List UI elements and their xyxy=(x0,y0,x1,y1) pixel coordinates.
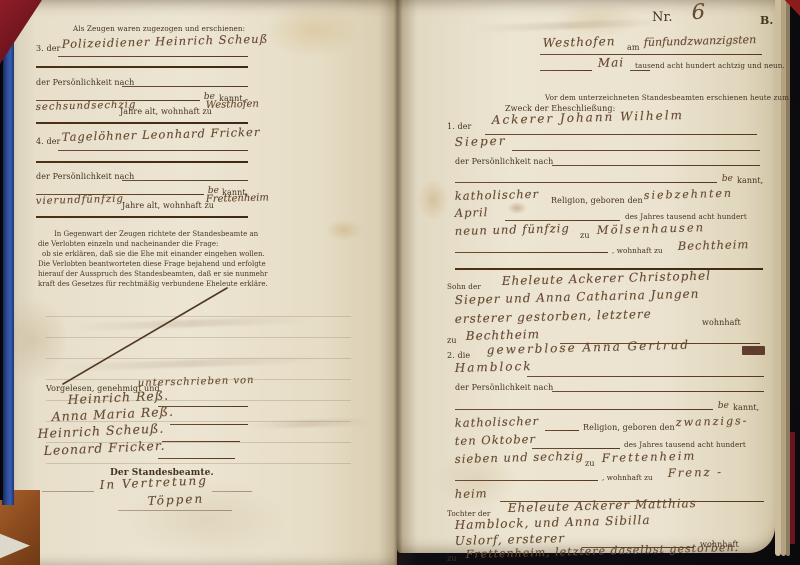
groom-religion-handwritten: katholischer xyxy=(455,187,540,203)
groom-parents-handwritten: Sieper und Anna Catharina Jungen xyxy=(455,287,700,307)
form-rule xyxy=(455,409,713,410)
record-day-handwritten: fünfundzwanzigsten xyxy=(644,33,757,49)
persona-label: der Persönlichkeit nach xyxy=(455,157,553,166)
bride-religion-handwritten: katholischer xyxy=(455,414,540,430)
form-rule xyxy=(552,391,764,392)
wohnhaft-zu-label: , wohnhaft zu xyxy=(602,473,653,482)
religion-label: Religion, geboren den xyxy=(583,423,675,432)
groom-parents-handwritten: ersterer gestorben, letztere xyxy=(455,307,652,326)
page-letter: B. xyxy=(760,14,773,27)
wohnhaft-label: wohnhaft xyxy=(702,318,741,327)
record-month-handwritten: Mai xyxy=(598,55,625,70)
zu-label: zu xyxy=(580,231,590,240)
nr-label: Nr. xyxy=(652,10,673,25)
zu-label: zu xyxy=(447,336,457,345)
bride-birthyear-handwritten: sieben und sechzig xyxy=(455,449,584,466)
kannt-label: kannt, xyxy=(733,403,759,412)
form-rule xyxy=(552,165,760,166)
bride-residence-handwritten: heim xyxy=(455,486,488,501)
ink-bleedthrough xyxy=(470,19,670,33)
zu-label: zu xyxy=(585,459,595,468)
form-rule xyxy=(485,134,757,135)
intro-line: Vor dem unterzeichneten Standesbeamten e… xyxy=(545,93,789,102)
kannt-label: kannt, xyxy=(737,176,763,185)
record-place-handwritten: Westhofen xyxy=(543,34,616,50)
register-book-photo: Als Zeugen waren zugezogen und erschiene… xyxy=(0,0,800,565)
groom-birthday-handwritten: siebzehnten xyxy=(644,187,734,202)
bride-birthmonth-handwritten: ten Oktober xyxy=(455,432,536,448)
be-handwritten: be xyxy=(722,174,733,184)
groom-birthplace-handwritten: Mölsenhausen xyxy=(597,220,706,237)
form-rule xyxy=(455,268,763,270)
form-rule xyxy=(527,376,764,377)
form-rule xyxy=(455,480,598,481)
be-handwritten: be xyxy=(718,401,729,411)
bride-birthplace-handwritten: Frettenheim xyxy=(602,449,697,465)
form-rule xyxy=(540,54,762,55)
religion-label: Religion, geboren den xyxy=(551,196,643,205)
ink-blot xyxy=(742,346,765,355)
jahres-label: des Jahres tausend acht hundert xyxy=(624,440,746,449)
bride-residence-handwritten: Frenz - xyxy=(668,465,724,480)
bride-birthday-handwritten: zwanzigs- xyxy=(676,414,749,429)
zu-label: zu xyxy=(447,554,457,563)
groom-parents-label: Sohn der xyxy=(447,282,481,291)
persona-label: der Persönlichkeit nach xyxy=(455,383,553,392)
groom-birthmonth-handwritten: April xyxy=(455,205,489,220)
bride-surname-handwritten: Hamblock xyxy=(455,359,533,375)
bride-prefix: 2. die xyxy=(447,351,470,360)
nr-value-handwritten: 6 xyxy=(691,0,705,24)
groom-residence-handwritten: Bechtheim xyxy=(678,237,750,253)
jahres-label: des Jahres tausend acht hundert xyxy=(625,212,747,221)
bride-parents-handwritten: Eheleute Ackerer Matthias xyxy=(508,496,697,515)
form-rule xyxy=(455,252,608,253)
groom-birthyear-handwritten: neun und fünfzig xyxy=(455,221,570,238)
form-rule xyxy=(512,150,760,151)
record-year-label: tausend acht hundert achtzig und neun. xyxy=(635,61,785,70)
form-rule xyxy=(540,70,592,71)
groom-surname-handwritten: Sieper xyxy=(455,134,507,149)
form-rule xyxy=(455,182,717,183)
form-rule xyxy=(545,430,579,431)
groom-parents-residence-handwritten: Bechtheim xyxy=(466,327,541,343)
wohnhaft-zu-label: , wohnhaft zu xyxy=(612,246,663,255)
am-label: am xyxy=(627,43,640,52)
form-rule xyxy=(630,70,650,71)
groom-parents-handwritten: Eheleute Ackerer Christophel xyxy=(502,269,711,288)
groom-prefix: 1. der xyxy=(447,122,471,131)
